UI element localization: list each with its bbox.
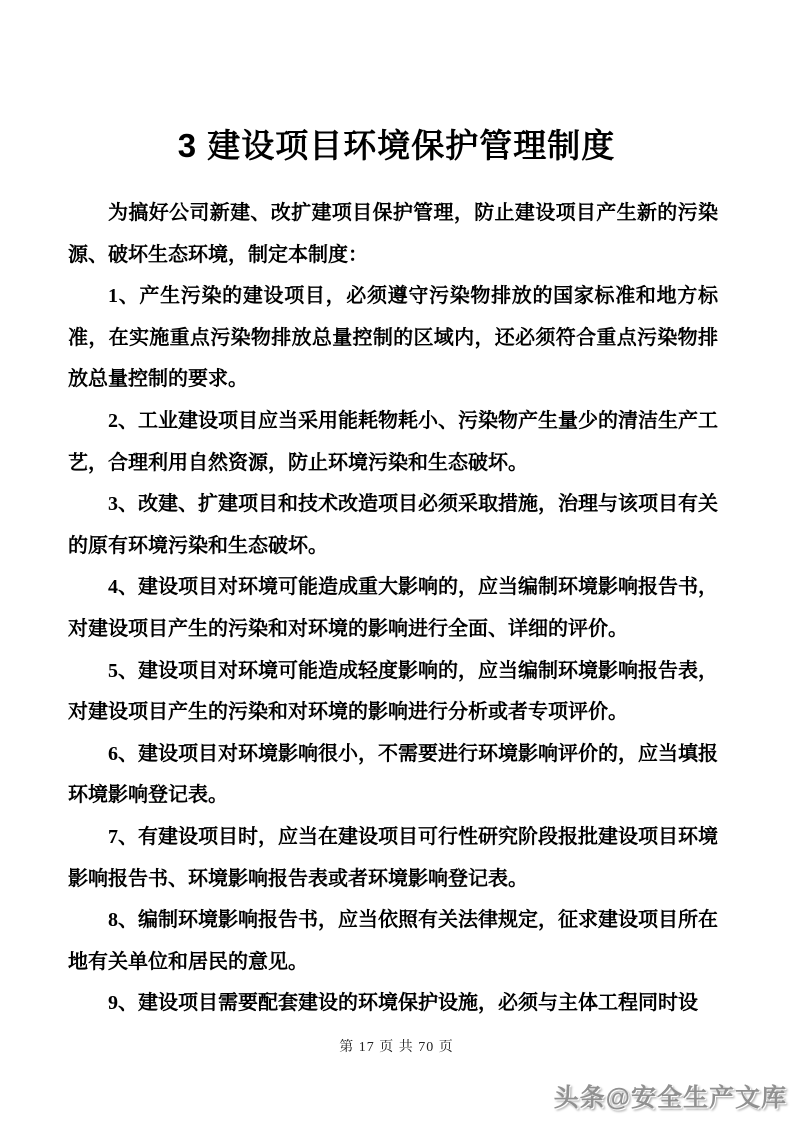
paragraph: 为搞好公司新建、改扩建项目保护管理，防止建设项目产生新的污染源、破坏生态环境，制… bbox=[68, 193, 718, 276]
paragraph: 1、产生污染的建设项目，必须遵守污染物排放的国家标准和地方标准，在实施重点污染物… bbox=[68, 276, 718, 401]
page-title: 3 建设项目环境保护管理制度 bbox=[0, 120, 793, 167]
paragraph: 9、建设项目需要配套建设的环境保护设施，必须与主体工程同时设 bbox=[68, 983, 718, 1025]
paragraph: 7、有建设项目时，应当在建设项目可行性研究阶段报批建设项目环境影响报告书、环境影… bbox=[68, 817, 718, 900]
paragraph: 8、编制环境影响报告书，应当依照有关法律规定，征求建设项目所在地有关单位和居民的… bbox=[68, 900, 718, 983]
page-number: 第 17 页 共 70 页 bbox=[0, 1036, 793, 1056]
paragraph: 4、建设项目对环境可能造成重大影响的，应当编制环境影响报告书，对建设项目产生的污… bbox=[68, 567, 718, 650]
paragraph: 5、建设项目对环境可能造成轻度影响的，应当编制环境影响报告表，对建设项目产生的污… bbox=[68, 651, 718, 734]
watermark: 头条@安全生产文库 bbox=[554, 1078, 787, 1114]
document-body: 为搞好公司新建、改扩建项目保护管理，防止建设项目产生新的污染源、破坏生态环境，制… bbox=[68, 193, 718, 1025]
paragraph: 2、工业建设项目应当采用能耗物耗小、污染物产生量少的清洁生产工艺，合理利用自然资… bbox=[68, 401, 718, 484]
paragraph: 3、改建、扩建项目和技术改造项目必须采取措施，治理与该项目有关的原有环境污染和生… bbox=[68, 484, 718, 567]
document-page: 3 建设项目环境保护管理制度 为搞好公司新建、改扩建项目保护管理，防止建设项目产… bbox=[0, 0, 793, 1122]
paragraph: 6、建设项目对环境影响很小，不需要进行环境影响评价的，应当填报环境影响登记表。 bbox=[68, 734, 718, 817]
